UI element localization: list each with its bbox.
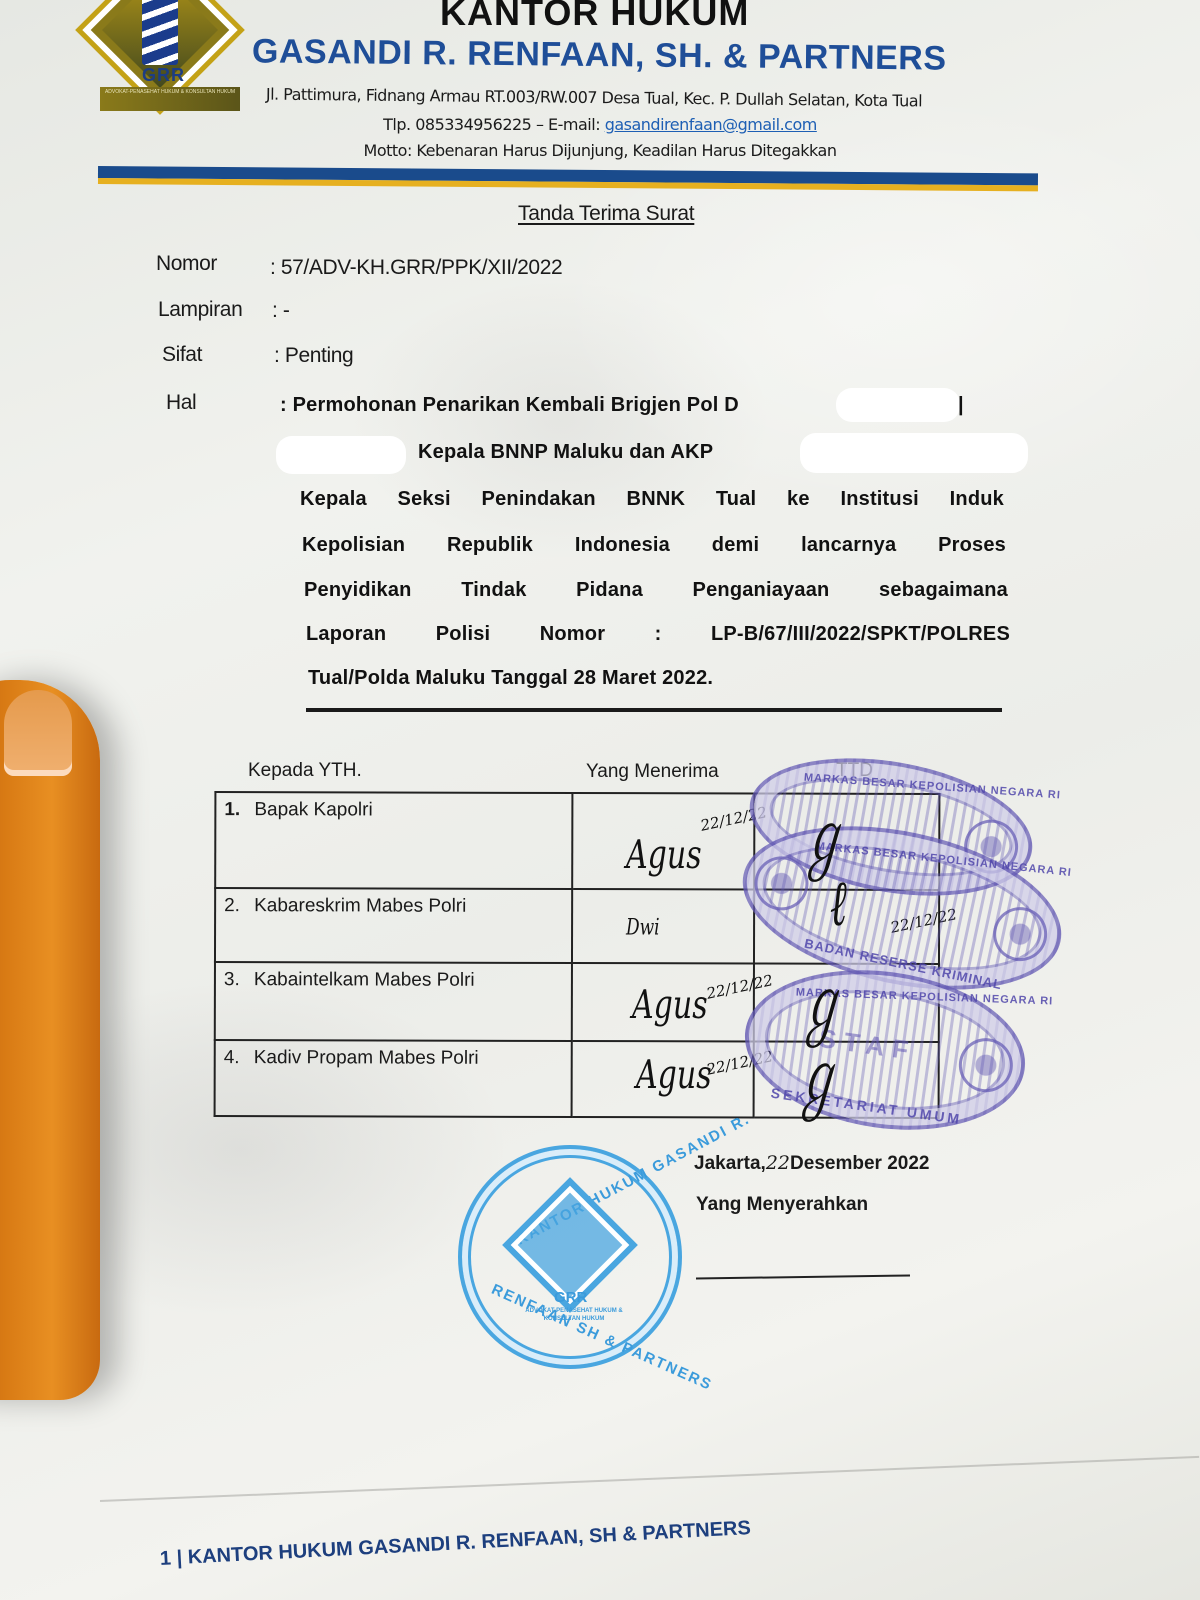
- hal-line-1-tail: |: [958, 394, 964, 417]
- nomor-label: Nomor: [156, 252, 217, 276]
- recipient-cell: 3.Kabaintelkam Mabes Polri: [215, 962, 572, 1041]
- firm-stamp: KANTOR HUKUM GASANDI R. GRR ADVOKAT-PENA…: [458, 1145, 682, 1369]
- thumb: [0, 680, 100, 1400]
- hal-line-3: Kepala Seksi Penindakan BNNK Tual ke Ins…: [300, 488, 1004, 511]
- receiver-signature: Agus: [632, 983, 708, 1029]
- logo-initials: GRR: [142, 65, 185, 86]
- receiver-signature: Agus: [626, 833, 702, 879]
- hal-line-5: Penyidikan Tindak Pidana Penganiayaan se…: [304, 579, 1008, 602]
- hal-line-7: Tual/Polda Maluku Tanggal 28 Maret 2022.: [308, 667, 713, 690]
- recipient-cell: 4.Kadiv Propam Mabes Polri: [215, 1040, 572, 1117]
- firm-name-heading: GASANDI R. RENFAAN, SH. & PARTNERS: [252, 32, 947, 78]
- subject-divider: [306, 708, 1002, 712]
- handwritten-day: 22: [766, 1152, 790, 1174]
- receiver-signature: Dwi: [626, 915, 660, 941]
- lampiran-value: : -: [272, 299, 289, 323]
- lampiran-label: Lampiran: [158, 298, 242, 322]
- police-emblem-icon: [988, 902, 1052, 966]
- sifat-label: Sifat: [162, 343, 202, 367]
- hal-line-2: Kepala BNNP Maluku dan AKP: [418, 441, 713, 464]
- firm-contact: Tlp. 085334956225 – E-mail: gasandirenfa…: [340, 115, 860, 134]
- redaction-mark: [836, 388, 960, 422]
- document-title: Tanda Terima Surat: [518, 202, 694, 226]
- hal-line-4: Kepolisian Republik Indonesia demi lanca…: [302, 534, 1006, 557]
- signature-cell: [753, 963, 939, 1041]
- header-signature: TTD: [836, 760, 873, 782]
- phone-label: Tlp. 085334956225 – E-mail:: [383, 115, 600, 134]
- signature-mark: ℓ: [830, 866, 847, 941]
- office-type-heading: KANTOR HUKUM: [440, 0, 749, 34]
- redaction-mark: [800, 433, 1028, 473]
- police-emblem-icon: [960, 815, 1023, 878]
- firm-motto: Motto: Kebenaran Harus Dijunjung, Keadil…: [330, 141, 870, 160]
- header-recipient: Kepada YTH.: [248, 760, 362, 782]
- logo-scales-icon: [142, 0, 178, 65]
- sifat-value: : Penting: [274, 344, 353, 368]
- header-received-by: Yang Menerima: [586, 761, 719, 783]
- signature-cell: [753, 1041, 939, 1117]
- redaction-mark: [276, 436, 406, 474]
- recipient-cell: 1.Bapak Kapolri: [215, 792, 572, 889]
- thumbnail: [4, 690, 72, 776]
- recipient-cell: 2.Kabareskrim Mabes Polri: [215, 888, 572, 963]
- signature-line: [696, 1275, 910, 1280]
- firm-logo: GRR ADVOKAT-PENASEHAT HUKUM & KONSULTAN …: [60, 0, 260, 155]
- paper-fold-line: [100, 1456, 1199, 1502]
- receiver-signature: Agus: [636, 1053, 712, 1099]
- hal-line-1: : Permohonan Penarikan Kembali Brigjen P…: [280, 394, 739, 417]
- nomor-value: : 57/ADV-KH.GRR/PPK/XII/2022: [270, 256, 562, 280]
- hal-label: Hal: [166, 391, 196, 415]
- email-link[interactable]: gasandirenfaan@gmail.com: [605, 115, 817, 134]
- receiver-cell: [572, 889, 754, 963]
- logo-subtitle: ADVOKAT-PENASEHAT HUKUM & KONSULTAN HUKU…: [100, 87, 240, 111]
- place-date: Jakarta,22Desember 2022: [694, 1152, 929, 1175]
- page-footer: 1 | KANTOR HUKUM GASANDI R. RENFAAN, SH …: [159, 1517, 751, 1571]
- signature-mark: ℊ: [794, 1020, 840, 1126]
- firm-address: Jl. Pattimura, Fidnang Armau RT.003/RW.0…: [252, 84, 936, 110]
- handed-over-by-label: Yang Menyerahkan: [696, 1194, 868, 1216]
- police-emblem-icon: [955, 1035, 1016, 1096]
- hal-line-6: Laporan Polisi Nomor : LP-B/67/III/2022/…: [306, 623, 1010, 646]
